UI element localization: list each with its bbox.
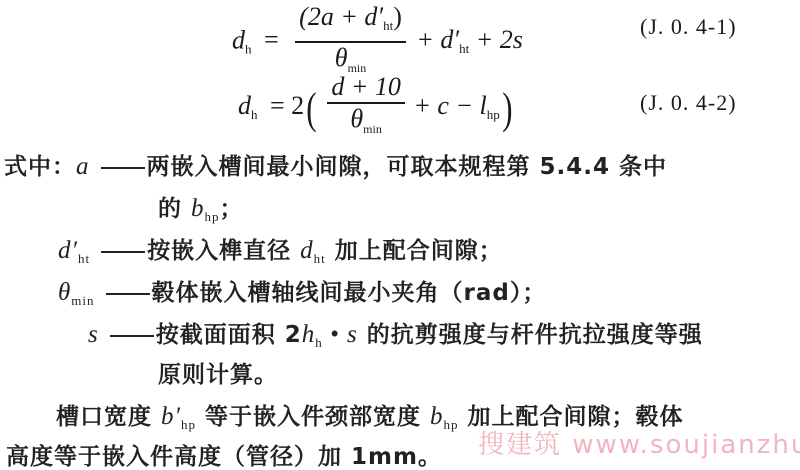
eq1-lhs-sub: h [245,41,252,56]
equation-number-1: (J. 0. 4-1) [640,14,737,40]
em-dash [106,293,150,295]
eq2-fraction: d + 10 θmin [327,72,405,144]
equation-j-0-4-2: dh = 2( d + 10 θmin + c − lhp) [238,72,514,144]
paragraph-line-2: 高度等于嵌入件高度（管径）加 1mm。 [6,438,442,470]
eq1-rest: + d′ht + 2s [416,25,523,54]
eq1-fraction: (2a + d′ht) θmin [295,2,406,83]
em-dash [101,251,145,253]
watermark: 搜建筑 www.soujianzhu.cn [478,424,800,461]
em-dash [101,167,145,169]
equation-number-2: (J. 0. 4-2) [640,90,737,116]
eq2-close-paren: ) [502,83,512,134]
definition-s-line2: 原则计算。 [158,356,278,389]
equation-j-0-4-1: dh = (2a + d′ht) θmin + d′ht + 2s [232,2,523,83]
em-dash [110,335,154,337]
eq2-open-paren: ( [306,83,316,134]
definition-d-prime-ht: d′ht 按嵌入榫直径 dht 加上配合间隙； [58,232,503,267]
definition-theta-min: θmin 毂体嵌入槽轴线间最小夹角（rad）； [58,274,546,309]
eq1-numerator: (2a + d′ht) [295,2,406,43]
definition-a-line2: 的 bhp； [158,190,244,225]
eq1-equals: = [264,25,279,54]
definitions-intro: 式中： [4,154,76,180]
eq2-equals: = 2 [270,91,304,120]
definition-a: 式中：a 两嵌入槽间最小间隙，可取本规程第 5.4.4 条中 [4,148,667,181]
definition-s: s 按截面面积 2hh • s 的抗剪强度与杆件抗拉强度等强 [88,316,703,351]
eq1-lhs: d [232,25,245,54]
